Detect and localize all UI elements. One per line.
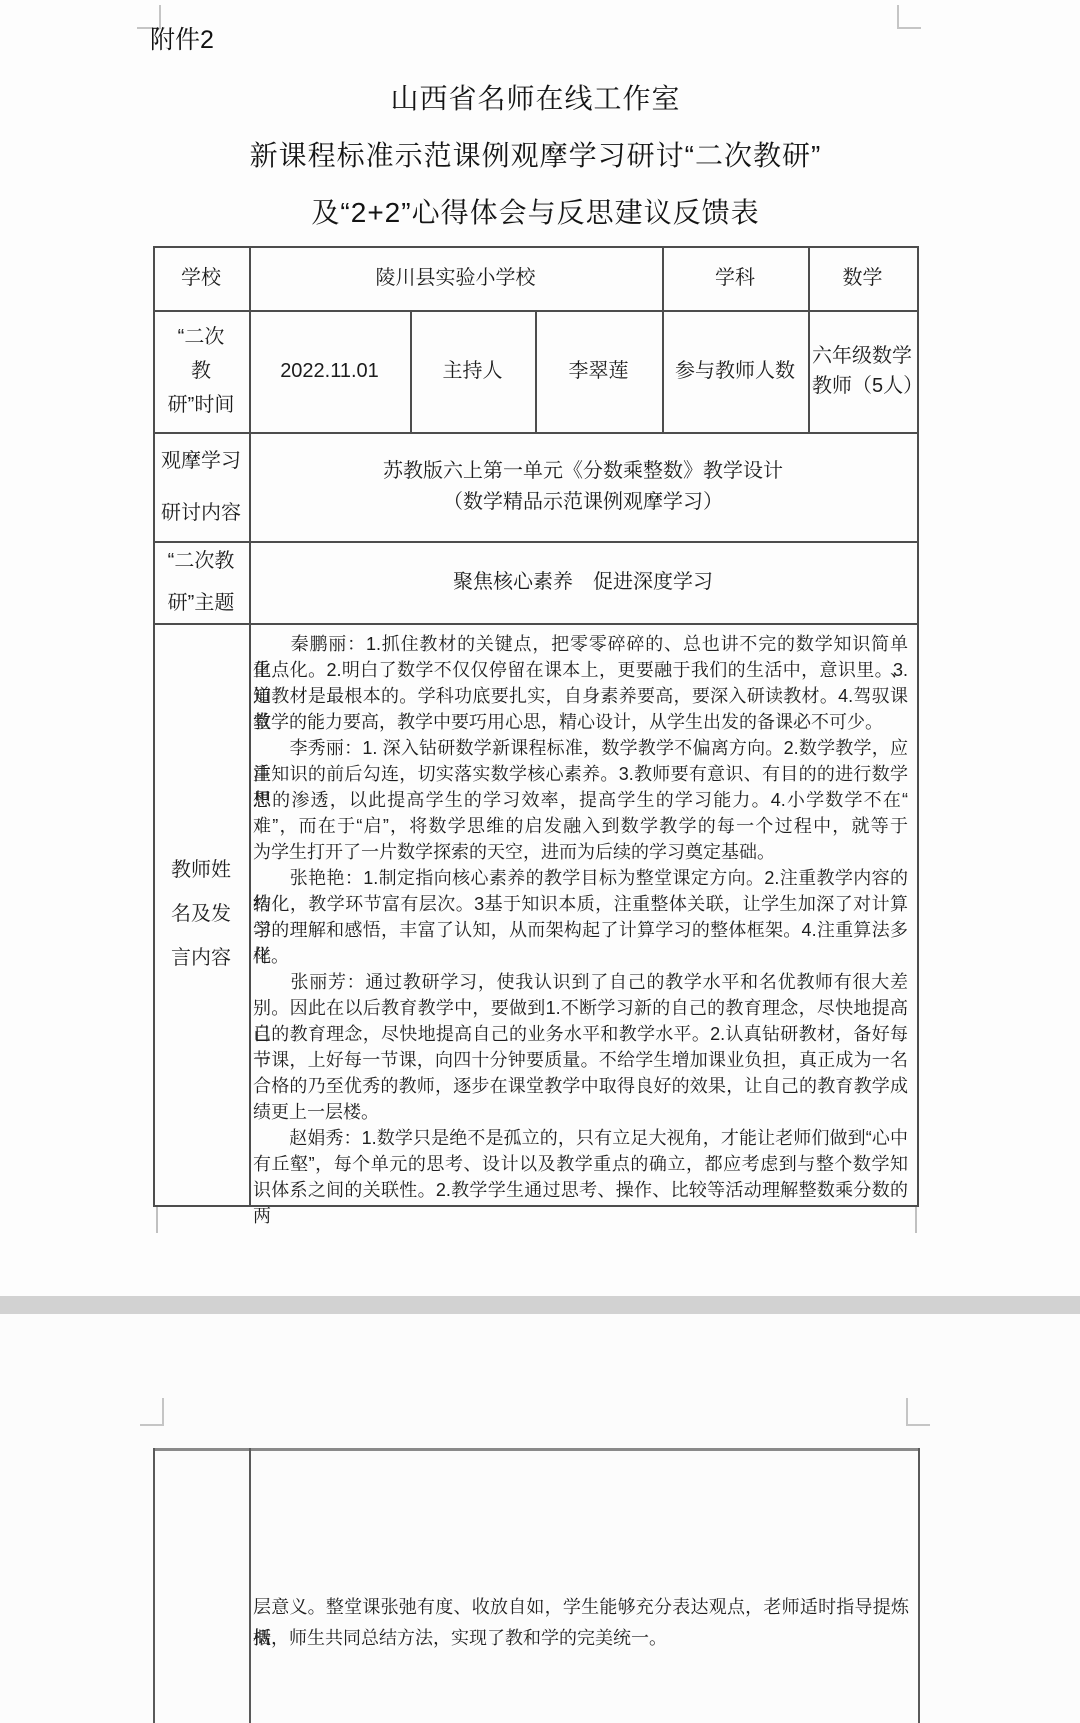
text-line: 道教材是最根本的。学科功底要扎实，自身素养要高，要深入研读教材。4.驾驭课堂 xyxy=(253,683,908,709)
participants-label: 参与教师人数 xyxy=(662,310,808,432)
text-line: 为学生打开了一片数学探索的天空，进而为后续的学习奠定基础。 xyxy=(253,839,908,865)
text-line: 想的渗透，以此提高学生的学习效率，提高学生的学习能力。4.小学数学不在“ xyxy=(253,787,908,813)
research-time-label: “二次 教 研”时间 xyxy=(153,310,249,432)
theme-label: “二次教 研”主题 xyxy=(153,541,249,623)
host-label: 主持人 xyxy=(410,310,535,432)
text-line: 张艳艳：1.制定指向核心素养的教学目标为整堂课定方向。2.注重教学内容的结 xyxy=(253,865,908,891)
teacher-speech-text: 秦鹏丽：1.抓住教材的关键点，把零零碎碎的、总也讲不完的数学知识简单化、重点化。… xyxy=(253,631,908,1203)
observe-content-label: 观摩学习 研讨内容 xyxy=(153,432,249,541)
text-line: 重知识的前后勾连，切实落实数学核心素养。3.教师要有意识、有目的的进行数学思 xyxy=(253,761,908,787)
school-value: 陵川县实验小学校 xyxy=(249,246,662,310)
text-line: 括，师生共同总结方法，实现了教和学的完美统一。 xyxy=(253,1623,909,1654)
margin-corner-mark-top-right xyxy=(897,5,921,29)
text-line: 秦鹏丽：1.抓住教材的关键点，把零零碎碎的、总也讲不完的数学知识简单化、 xyxy=(253,631,908,657)
text-line: 构化，教学环节富有层次。3基于知识本质，注重整体关联，让学生加深了对计算学 xyxy=(253,891,908,917)
page2-table-col-divider xyxy=(249,1448,251,1723)
margin-mark-bottom-right xyxy=(915,1206,917,1233)
text-line: 己的教育理念，尽快地提高自己的业务水平和教学水平。2.认真钻研教材，备好每一 xyxy=(253,1021,908,1047)
text-line: 节课，上好每一节课，向四十分钟要质量。不给学生增加课业负担，真正成为一名 xyxy=(253,1047,908,1073)
attachment-label: 附件2 xyxy=(150,20,214,56)
table-row-divider xyxy=(153,623,919,625)
text-line: 张丽芳：通过教研学习，使我认识到了自己的教学水平和名优教师有很大差 xyxy=(253,969,908,995)
document-page: { "colors": { "table_border": "#4d4d4d",… xyxy=(0,0,1080,1723)
text-line: 化。 xyxy=(253,943,908,969)
page2-table-border-left xyxy=(153,1448,155,1723)
school-label: 学校 xyxy=(153,246,249,310)
doc-title-line3: 及“2+2”心得体会与反思建议反馈表 xyxy=(153,196,918,230)
text-line: 教学的能力要高，教学中要巧用心思，精心设计，从学生出发的备课必不可少。 xyxy=(253,709,908,735)
text-line: 别。因此在以后教育教学中，要做到1.不断学习新的自己的教育理念，尽快地提高自 xyxy=(253,995,908,1021)
page2-margin-corner-mark-left xyxy=(140,1398,164,1426)
text-line: 有丘壑”，每个单元的思考、设计以及教学重点的确立，都应考虑到与整个数学知 xyxy=(253,1151,908,1177)
text-line: 绩更上一层楼。 xyxy=(253,1099,908,1125)
speech-continuation-text: 层意义。整堂课张弛有度、收放自如，学生能够充分表达观点，老师适时指导提炼概括，师… xyxy=(253,1592,909,1654)
doc-title-line1: 山西省名师在线工作室 xyxy=(153,82,918,116)
text-line: 重点化。2.明白了数学不仅仅停留在课本上，更要融于我们的生活中，意识里。3.知 xyxy=(253,657,908,683)
text-line: 层意义。整堂课张弛有度、收放自如，学生能够充分表达观点，老师适时指导提炼概 xyxy=(253,1592,909,1623)
theme-value: 聚焦核心素养 促进深度学习 xyxy=(249,541,917,623)
text-line: 赵娟秀：1.数学只是绝不是孤立的，只有立足大视角，才能让老师们做到“心中 xyxy=(253,1125,908,1151)
margin-mark-bottom-left xyxy=(156,1206,158,1233)
participants-value: 六年级数学教师（5人） xyxy=(808,310,917,432)
page2-margin-corner-mark-right xyxy=(906,1398,930,1426)
text-line: 李秀丽：1. 深入钻研数学新课程标准，数学教学不偏离方向。2.数学教学，应注 xyxy=(253,735,908,761)
host-value: 李翠莲 xyxy=(535,310,662,432)
text-line: 识体系之间的关联性。2.教学学生通过思考、操作、比较等活动理解整数乘分数的两 xyxy=(253,1177,908,1203)
subject-value: 数学 xyxy=(808,246,917,310)
page-break-band xyxy=(0,1296,1080,1314)
subject-label: 学科 xyxy=(662,246,808,310)
speech-label: 教师姓 名及发 言内容 xyxy=(153,623,249,1205)
page2-table-border-top xyxy=(153,1448,919,1451)
page2-table-border-right xyxy=(918,1448,920,1723)
text-line: 难”，而在于“启”，将数学思维的启发融入到数学教学的每一个过程中，就等于 xyxy=(253,813,908,839)
research-time-value: 2022.11.01 xyxy=(249,310,410,432)
text-line: 合格的乃至优秀的教师，逐步在课堂教学中取得良好的效果，让自己的教育教学成 xyxy=(253,1073,908,1099)
observe-content-value: 苏教版六上第一单元《分数乘整数》教学设计 （数学精品示范课例观摩学习） xyxy=(249,432,917,541)
doc-title-line2: 新课程标准示范课例观摩学习研讨“二次教研” xyxy=(153,139,918,173)
text-line: 习的理解和感悟，丰富了认知，从而架构起了计算学习的整体框架。4.注重算法多样 xyxy=(253,917,908,943)
